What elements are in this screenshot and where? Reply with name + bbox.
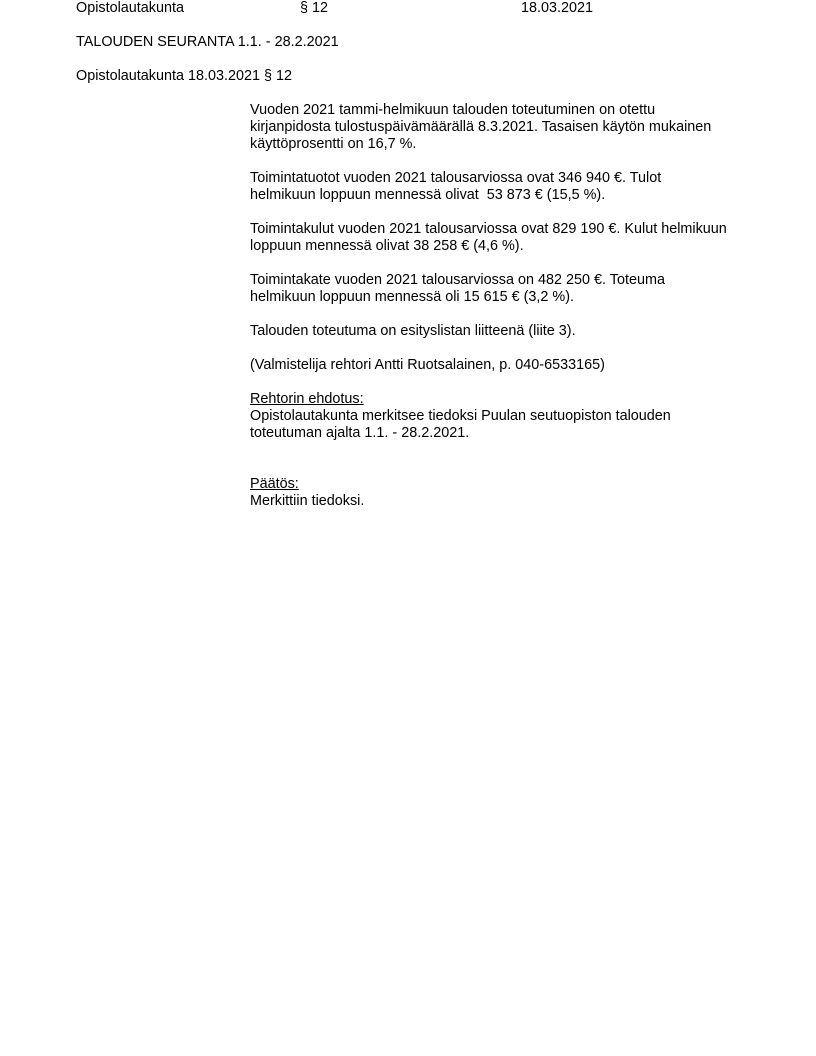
paragraph-revenues: Toimintatuotot vuoden 2021 talousarvioss…	[250, 170, 750, 204]
proposal-section: Rehtorin ehdotus: Opistolautakunta merki…	[250, 391, 750, 442]
text-line: käyttöprosentti on 16,7 %.	[250, 136, 750, 153]
paragraph-operating-margin: Toimintakate vuoden 2021 talousarviossa …	[250, 272, 750, 306]
text-line: Talouden toteutuma on esityslistan liitt…	[250, 323, 750, 340]
text-line: helmikuun loppuun mennessä olivat 53 873…	[250, 187, 750, 204]
header-date: 18.03.2021	[521, 0, 593, 17]
text-line: Toimintakulut vuoden 2021 talousarviossa…	[250, 221, 750, 238]
document-title: TALOUDEN SEURANTA 1.1. - 28.2.2021	[76, 34, 339, 51]
text-line: toteutuman ajalta 1.1. - 28.2.2021.	[250, 425, 750, 442]
paragraph-expenses: Toimintakulut vuoden 2021 talousarviossa…	[250, 221, 750, 255]
paragraph-realization: Vuoden 2021 tammi-helmikuun talouden tot…	[250, 102, 750, 153]
decision-text: Merkittiin tiedoksi.	[250, 493, 750, 510]
meeting-reference: Opistolautakunta 18.03.2021 § 12	[76, 68, 292, 85]
text-line: (Valmistelija rehtori Antti Ruotsalainen…	[250, 357, 750, 374]
text-line: loppuun mennessä olivat 38 258 € (4,6 %)…	[250, 238, 750, 255]
text-line: Toimintakate vuoden 2021 talousarviossa …	[250, 272, 750, 289]
decision-heading: Päätös:	[250, 476, 750, 493]
text-line: kirjanpidosta tulostuspäivämäärällä 8.3.…	[250, 119, 750, 136]
paragraph-preparer: (Valmistelija rehtori Antti Ruotsalainen…	[250, 357, 750, 374]
text-line: helmikuun loppuun mennessä oli 15 615 € …	[250, 289, 750, 306]
decision-section: Päätös: Merkittiin tiedoksi.	[250, 476, 750, 510]
document-body: Vuoden 2021 tammi-helmikuun talouden tot…	[250, 102, 750, 527]
text-line: Toimintatuotot vuoden 2021 talousarvioss…	[250, 170, 750, 187]
header-section-number: § 12	[300, 0, 328, 17]
paragraph-attachment: Talouden toteutuma on esityslistan liitt…	[250, 323, 750, 340]
text-line: Opistolautakunta merkitsee tiedoksi Puul…	[250, 408, 750, 425]
header-body-name: Opistolautakunta	[76, 0, 184, 17]
text-line: Vuoden 2021 tammi-helmikuun talouden tot…	[250, 102, 750, 119]
proposal-heading: Rehtorin ehdotus:	[250, 391, 750, 408]
spacer	[250, 459, 750, 476]
